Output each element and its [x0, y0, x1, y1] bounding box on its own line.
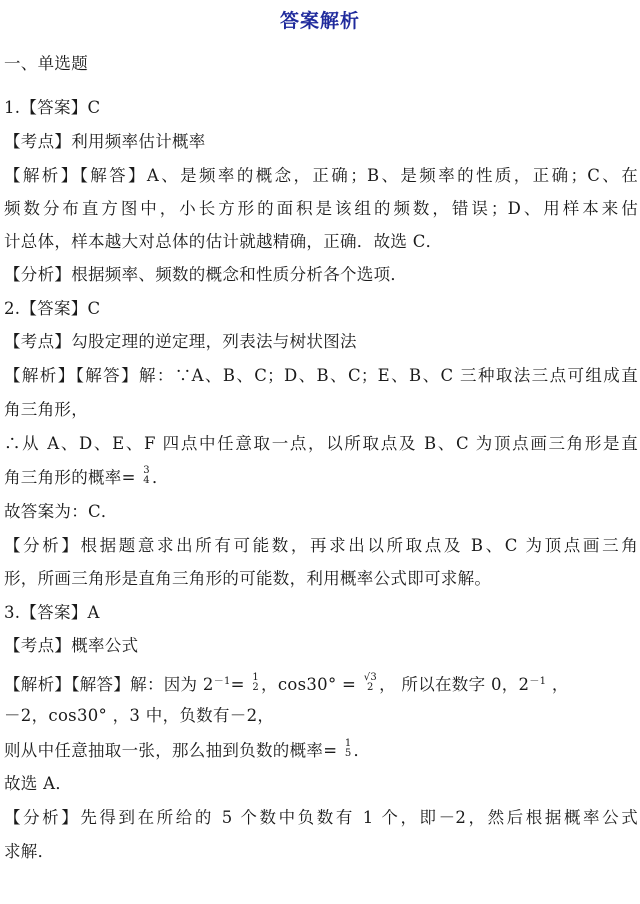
- page-title: 答案解析: [0, 6, 640, 33]
- fraction-denominator: 5: [345, 749, 352, 759]
- fraction-denominator: 2: [364, 683, 377, 693]
- q2-fraction: 34: [143, 466, 150, 486]
- q2-kaodian: 【考点】勾股定理的逆定理，列表法与树状图法: [4, 330, 638, 354]
- q3-fraction-one-fifth: 15: [345, 739, 352, 759]
- q3-kaodian: 【考点】概率公式: [4, 634, 638, 658]
- q1-jiexi-line-2: 频数分布直方图中，小长方形的面积是该组的频数，错误；D、用样本来估: [4, 197, 638, 221]
- numbers-text: ， 所以在数字 0，2: [379, 675, 529, 694]
- q1-fenxi: 【分析】根据频率、频数的概念和性质分析各个选项．: [4, 263, 638, 287]
- comma: ，: [546, 675, 568, 694]
- q2-jiexi-line-3: ∴从 A、D、E、F 四点中任意取一点，以所取点及 B、C 为顶点画三角形是直: [4, 432, 638, 456]
- fraction-denominator: 2: [252, 683, 259, 693]
- q2-probability-text: 角三角形的概率=: [4, 468, 141, 487]
- q2-jiexi-line-2: 角三角形，: [4, 398, 638, 422]
- q3-fenxi-line-2: 求解．: [4, 840, 638, 864]
- fraction-numerator: √3: [364, 673, 377, 683]
- fraction-numerator: 1: [345, 739, 352, 749]
- q3-jiexi-text: 【解析】【解答】解：因为 2: [4, 675, 214, 694]
- fraction-numerator: 1: [252, 673, 259, 683]
- fraction-numerator: 3: [143, 466, 150, 476]
- q3-conclusion: 故选 A．: [4, 772, 638, 796]
- q2-jiexi-line-1: 【解析】【解答】解：∵A、B、C；D、B、C；E、B、C 三种取法三点可组成直: [4, 364, 638, 388]
- q2-fenxi-line-2: 形，所画三角形是直角三角形的可能数，利用概率公式即可求解。: [4, 567, 638, 591]
- cos-text: ，cos30° =: [261, 675, 362, 694]
- q2-fenxi-line-1: 【分析】根据题意求出所有可能数，再求出以所取点及 B、C 为顶点画三角: [4, 534, 638, 558]
- q3-jiexi-line-2: －2，cos30° ，3 中，负数有－2，: [4, 704, 638, 728]
- exponent: －1: [529, 676, 546, 687]
- q1-answer: 1.【答案】C: [4, 96, 638, 120]
- q2-conclusion: 故答案为：C．: [4, 500, 638, 524]
- period: ．: [152, 468, 169, 487]
- q3-probability-text: 则从中任意抽取一张，那么抽到负数的概率=: [4, 741, 343, 760]
- q3-jiexi-line-1: 【解析】【解答】解：因为 2－1= 12，cos30° = √32， 所以在数字…: [4, 670, 638, 697]
- q1-kaodian: 【考点】利用频率估计概率: [4, 130, 638, 154]
- q1-jiexi-line-3: 计总体，样本越大对总体的估计就越精确，正确．故选 C．: [4, 230, 638, 254]
- period: ．: [354, 741, 371, 760]
- q3-answer: 3.【答案】A: [4, 601, 638, 625]
- q1-jiexi-line-1: 【解析】【解答】A、是频率的概念，正确；B、是频率的性质，正确；C、在: [4, 164, 638, 188]
- exponent: －1: [214, 676, 231, 687]
- q3-fraction-sqrt3-over-2: √32: [364, 673, 377, 693]
- fraction-denominator: 4: [143, 476, 150, 486]
- q3-jiexi-line-3: 则从中任意抽取一张，那么抽到负数的概率= 15．: [4, 739, 638, 763]
- q3-fraction-half: 12: [252, 673, 259, 693]
- q3-fenxi-line-1: 【分析】先得到在所给的 5 个数中负数有 1 个，即－2，然后根据概率公式: [4, 806, 638, 830]
- q2-answer: 2.【答案】C: [4, 297, 638, 321]
- equals: =: [231, 675, 251, 694]
- section-heading: 一、单选题: [4, 52, 638, 76]
- answer-analysis-page: 答案解析 一、单选题 1.【答案】C 【考点】利用频率估计概率 【解析】【解答】…: [0, 0, 640, 904]
- q2-jiexi-line-4: 角三角形的概率= 34．: [4, 466, 638, 490]
